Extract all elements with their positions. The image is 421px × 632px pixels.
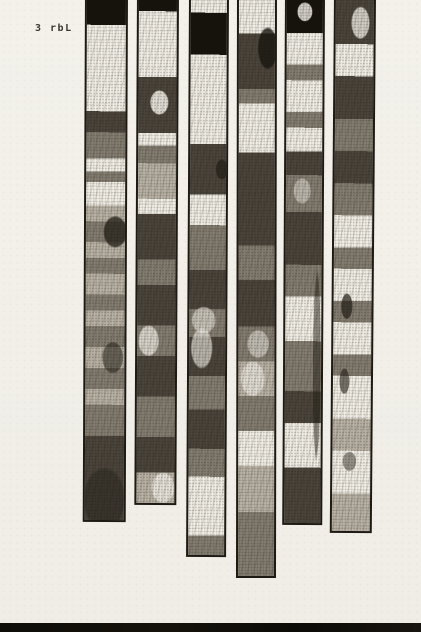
page-bottom-edge-bar xyxy=(0,623,421,632)
photo-strip-1 xyxy=(83,0,128,522)
photo-strip-2 xyxy=(134,0,179,505)
photo-strip-5 xyxy=(282,0,325,525)
photo-strip-collage xyxy=(0,0,421,632)
photo-strip-6 xyxy=(330,0,376,533)
scanned-page: 3 rbL xyxy=(0,0,421,632)
photo-strip-4 xyxy=(236,0,277,578)
photo-strip-3 xyxy=(186,0,229,557)
